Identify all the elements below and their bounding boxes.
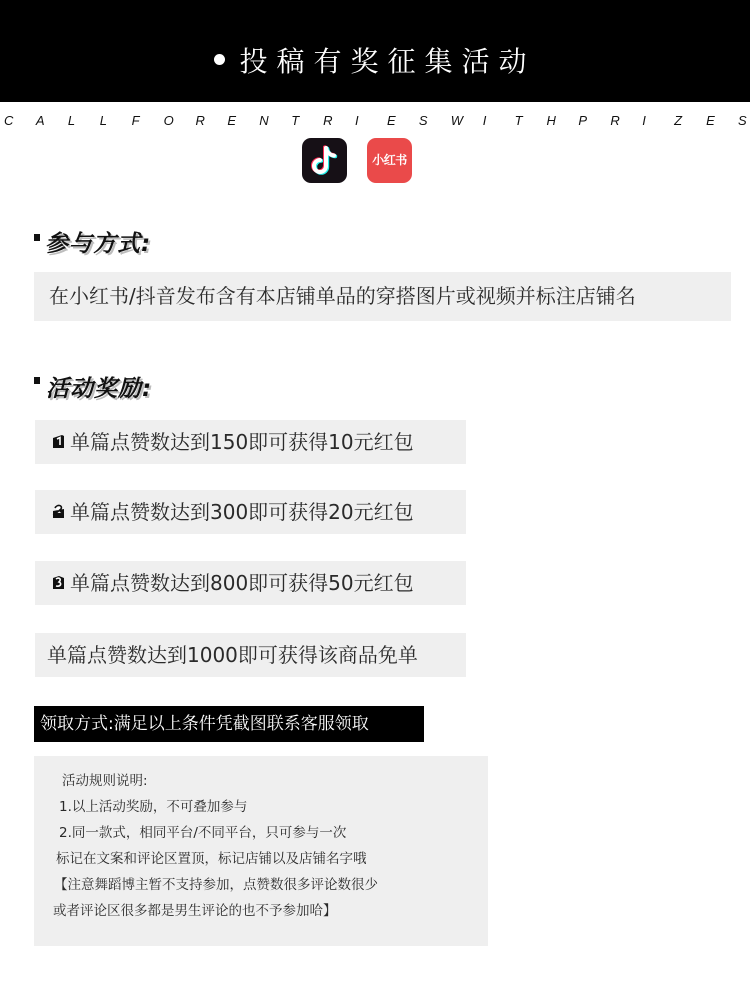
reward-item: 单篇点赞数达到1000即可获得该商品免单 [35, 633, 466, 677]
reward-text: 单篇点赞数达到800即可获得50元红包 [70, 569, 414, 597]
tiktok-icon [302, 138, 347, 183]
section-bullet-icon [34, 234, 40, 241]
subtitle-letter: F [132, 112, 140, 130]
rule-line: 1.以上活动奖励，不可叠加参与 [59, 797, 247, 817]
participation-title: 参与方式: [45, 229, 151, 259]
page-title: 投稿有奖征集活动 [0, 44, 750, 80]
subtitle-letter: O [164, 112, 174, 130]
subtitle-letter: T [515, 112, 523, 130]
rule-line: 2.同一款式，相同平台/不同平台，只可参与一次 [59, 823, 346, 843]
number-1-badge-icon [52, 434, 65, 449]
subtitle-letter: Z [674, 112, 682, 130]
subtitle-letter: H [547, 112, 556, 130]
participation-box: 在小红书/抖音发布含有本店铺单品的穿搭图片或视频并标注店铺名 [34, 272, 731, 321]
rules-box: 活动规则说明: 1.以上活动奖励，不可叠加参与 2.同一款式，相同平台/不同平台… [34, 756, 488, 946]
section-bullet-icon [34, 377, 40, 384]
english-subtitle: CALLFORENTRIESWITHPRIZES [0, 112, 750, 130]
subtitle-letter: W [451, 112, 463, 130]
subtitle-letter: R [610, 112, 619, 130]
reward-item: 单篇点赞数达到800即可获得50元红包 [35, 561, 466, 605]
rewards-title: 活动奖励: [46, 374, 152, 404]
subtitle-letter: A [36, 112, 45, 130]
subtitle-letter: L [100, 112, 107, 130]
subtitle-letter: E [227, 112, 236, 130]
participation-description: 在小红书/抖音发布含有本店铺单品的穿搭图片或视频并标注店铺名 [49, 282, 636, 310]
subtitle-letter: E [706, 112, 715, 130]
rule-line: 【注意舞蹈博主暂不支持参加，点赞数很多评论数很少 [54, 875, 378, 895]
claim-method-bar: 领取方式:满足以上条件凭截图联系客服领取 [34, 706, 424, 742]
number-2-badge-icon [52, 504, 65, 519]
subtitle-letter: T [291, 112, 299, 130]
subtitle-letter: I [483, 112, 487, 130]
reward-text: 单篇点赞数达到1000即可获得该商品免单 [47, 641, 418, 669]
xiaohongshu-icon: 小红书 [367, 138, 412, 183]
subtitle-letter: L [68, 112, 75, 130]
subtitle-letter: N [259, 112, 268, 130]
subtitle-letter: S [738, 112, 747, 130]
reward-text: 单篇点赞数达到300即可获得20元红包 [70, 498, 414, 526]
reward-item: 单篇点赞数达到150即可获得10元红包 [35, 420, 466, 464]
rule-line: 标记在文案和评论区置顶，标记店铺以及店铺名字哦 [56, 849, 367, 869]
subtitle-letter: S [419, 112, 428, 130]
reward-text: 单篇点赞数达到150即可获得10元红包 [70, 428, 414, 456]
subtitle-letter: I [355, 112, 359, 130]
subtitle-letter: I [642, 112, 646, 130]
subtitle-letter: R [323, 112, 332, 130]
subtitle-letter: R [195, 112, 204, 130]
rules-heading: 活动规则说明: [62, 771, 148, 791]
header-banner: 投稿有奖征集活动 [0, 0, 750, 102]
rule-line: 或者评论区很多都是男生评论的也不予参加哈】 [53, 901, 337, 921]
subtitle-letter: E [387, 112, 396, 130]
number-3-badge-icon [52, 575, 65, 590]
subtitle-letter: P [578, 112, 587, 130]
bullet-dot-icon [214, 54, 225, 65]
reward-item: 单篇点赞数达到300即可获得20元红包 [35, 490, 466, 534]
subtitle-letter: C [4, 112, 13, 130]
